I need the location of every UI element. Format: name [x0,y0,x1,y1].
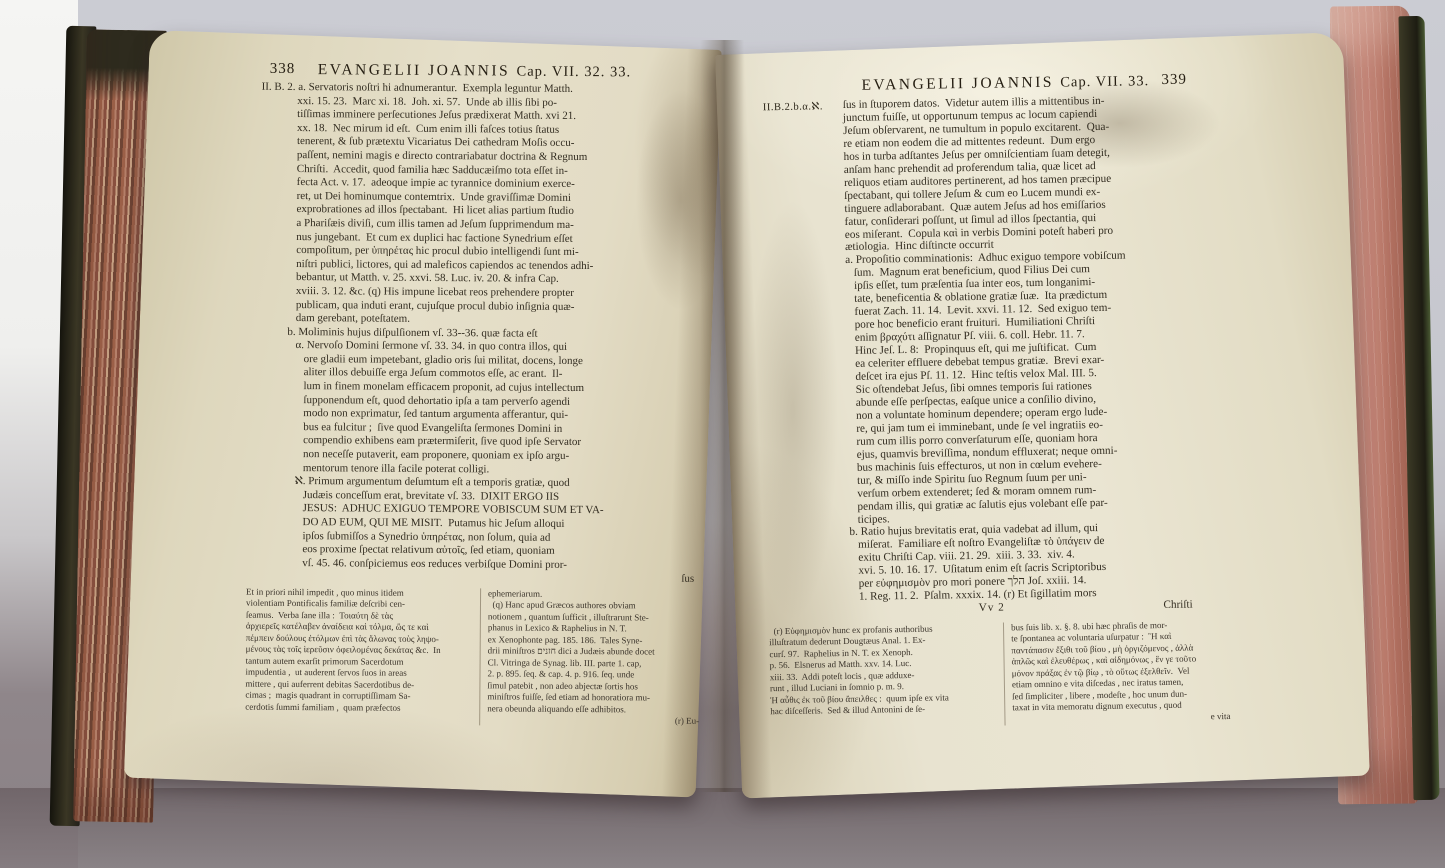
right-footnote-column-2: bus ſuis lib. x. §. 8. ubi hæc phraſis d… [1003,619,1241,726]
signature-mark: Vv 2 [979,602,1005,615]
left-page-content: 338 EVANGELII JOANNIS Cap. VII. 32. 33. … [145,30,722,794]
left-page-header: 338 EVANGELII JOANNIS Cap. VII. 32. 33. [150,60,710,84]
left-body-lines: II. B. 2. a. Servatoris noſtri hi adnume… [258,81,717,574]
left-chapter-ref: Cap. VII. 32. 33. [517,64,632,81]
left-body-text: II. B. 2. a. Servatoris noſtri hi adnume… [258,81,718,587]
right-page-header: EVANGELII JOANNIS Cap. VII. 33. 339 [715,70,1315,99]
text-line: cimas ; magis quadrant in corruptiſſimam… [245,690,469,703]
right-running-title: EVANGELII JOANNIS Cap. VII. 33. [861,72,1149,95]
text-line: miniſtros fuiſſe, ſed etiam ad honoratio… [487,691,709,704]
right-chapter-ref: Cap. VII. 33. [1060,73,1149,90]
right-footnote-column-1: (r) Εὐφημισμὸν hunc ex profanis authorib… [769,623,996,718]
text-line: hac diſceſſeris. Sed & illud Antonini de… [770,703,996,718]
right-footnotes: (r) Εὐφημισμὸν hunc ex profanis authorib… [769,619,1231,626]
left-footnote-column-2: ephemeriarum. (q) Hanc apud Græcos autho… [479,588,710,727]
left-footnote-catchword: (r) Eu- [487,714,709,727]
left-footnote-column-2-lines: ephemeriarum. (q) Hanc apud Græcos autho… [487,588,710,716]
left-running-title: EVANGELII JOANNIS Cap. VII. 32. 33. [318,61,632,81]
right-page-number: 339 [1161,72,1187,89]
left-footnotes: Et in priori nihil impedit , quo minus i… [246,587,702,590]
left-running-title-text: EVANGELII JOANNIS [318,61,511,79]
right-running-title-text: EVANGELII JOANNIS [861,74,1054,94]
photo-of-open-antique-book: 338 EVANGELII JOANNIS Cap. VII. 32. 33. … [0,0,1445,868]
right-page-catchword: Chriſti [1163,599,1192,612]
right-body-lines: ſus in ſtuporem datos. Videtur autem ill… [843,93,1217,604]
left-page-catchline: ſus [258,570,714,587]
left-footnote-column-1: Et in priori nihil impedit , quo minus i… [245,587,470,715]
left-page-number: 338 [270,61,296,78]
text-line: nera obeunda aliquando eſſe adhibitos. [487,703,709,716]
right-body-text: ſus in ſtuporem datos. Videtur autem ill… [843,93,1217,618]
right-footnote-column-2-lines: bus ſuis lib. x. §. 8. ubi hæc phraſis d… [1011,619,1240,714]
right-margin-note: II.B.2.b.α.ℵ. [763,100,823,113]
right-page-content: EVANGELII JOANNIS Cap. VII. 33. 339 II.B… [715,45,1355,815]
text-line: cerdotis ſummi familiam , quam præfectos [245,701,469,714]
